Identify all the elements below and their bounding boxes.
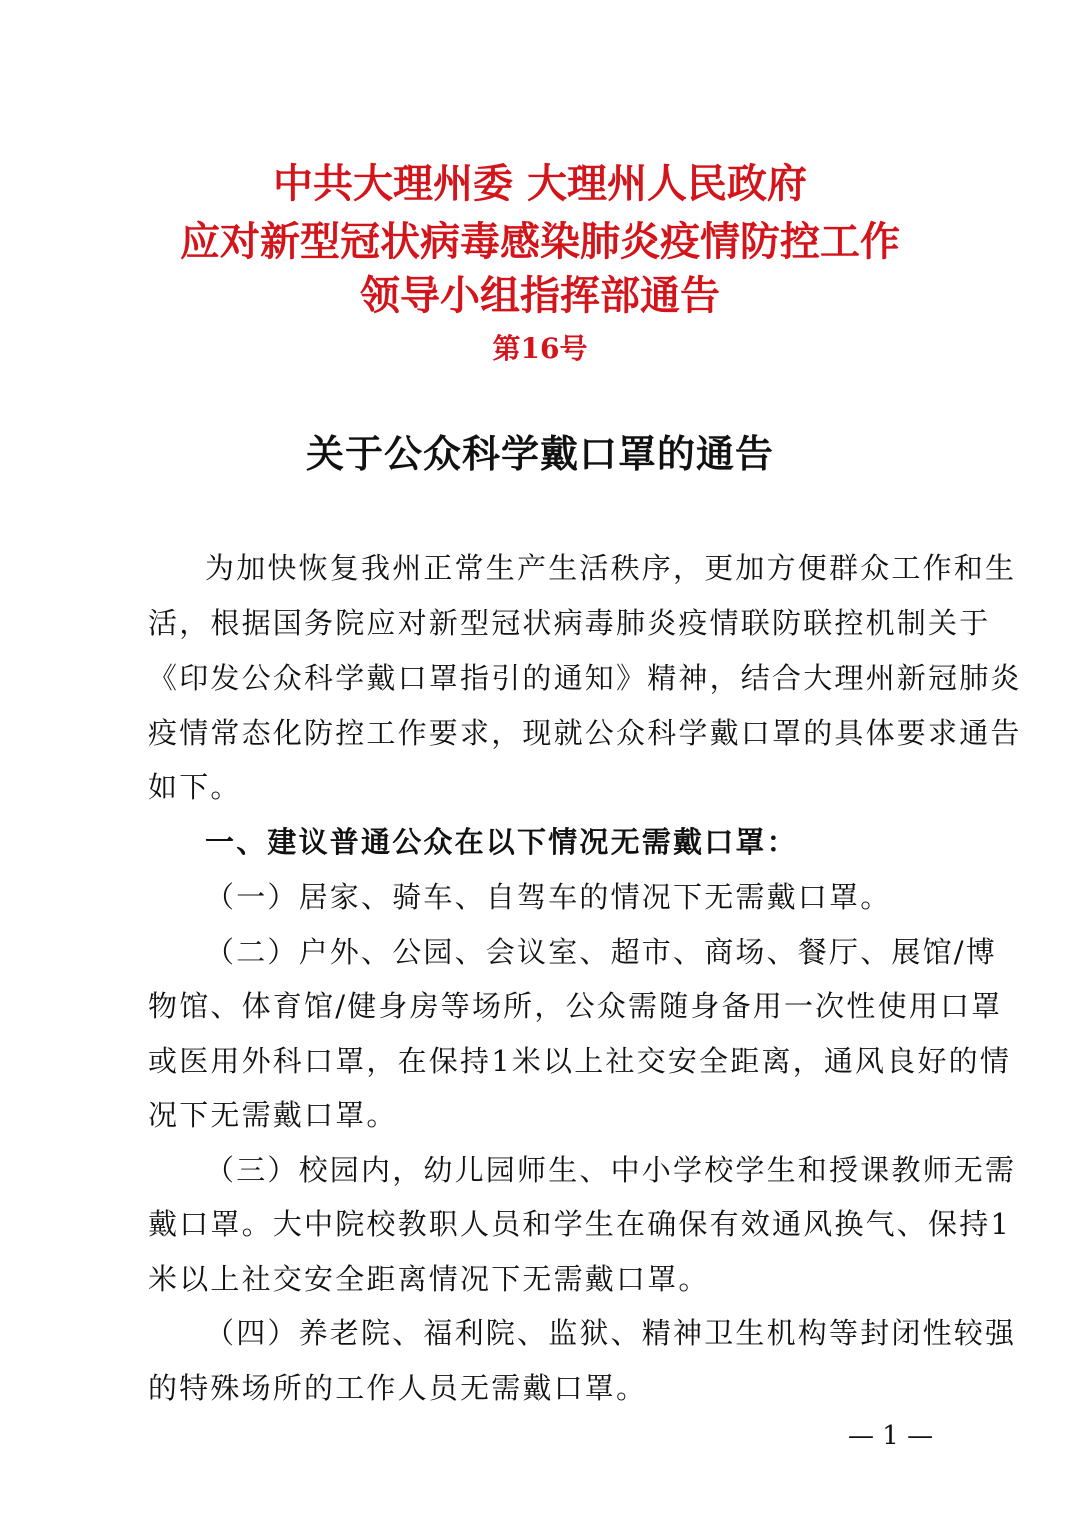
intro-line: 如下。	[148, 767, 948, 807]
document-page: 中共大理州委 大理州人民政府 应对新型冠状病毒感染肺炎疫情防控工作 领导小组指挥…	[0, 0, 1080, 1528]
issuer-line-1: 中共大理州委 大理州人民政府	[0, 160, 1080, 208]
item-2-line: 物馆、体育馆/健身房等场所，公众需随身备用一次性使用口罩	[148, 986, 948, 1026]
item-3-line: 米以上社交安全距离情况下无需戴口罩。	[148, 1259, 948, 1299]
item-1-line: （一）居家、骑车、自驾车的情况下无需戴口罩。	[205, 877, 950, 917]
item-2-line: 或医用外科口罩，在保持1米以上社交安全距离，通风良好的情	[148, 1041, 948, 1081]
section-heading: 一、建议普通公众在以下情况无需戴口罩：	[205, 822, 950, 862]
item-2-line: 况下无需戴口罩。	[148, 1095, 948, 1135]
item-4-line: 的特殊场所的工作人员无需戴口罩。	[148, 1368, 948, 1408]
item-2-line: （二）户外、公园、会议室、超市、商场、餐厅、展馆/博	[205, 932, 950, 972]
item-3-line: 戴口罩。大中院校教职人员和学生在确保有效通风换气、保持1	[148, 1204, 948, 1244]
intro-line: 为加快恢复我州正常生产生活秩序，更加方便群众工作和生	[205, 548, 950, 588]
item-3-line: （三）校园内，幼儿园师生、中小学校学生和授课教师无需	[205, 1150, 950, 1190]
issuer-line-3: 领导小组指挥部通告	[0, 272, 1080, 320]
page-number: — 1 —	[848, 1420, 933, 1452]
issuer-line-2: 应对新型冠状病毒感染肺炎疫情防控工作	[0, 218, 1080, 266]
intro-line: 活，根据国务院应对新型冠状病毒肺炎疫情联防联控机制关于	[148, 603, 948, 643]
item-4-line: （四）养老院、福利院、监狱、精神卫生机构等封闭性较强	[205, 1313, 950, 1353]
document-number: 第16号	[0, 331, 1080, 367]
intro-line: 《印发公众科学戴口罩指引的通知》精神，结合大理州新冠肺炎	[148, 658, 948, 698]
intro-line: 疫情常态化防控工作要求，现就公众科学戴口罩的具体要求通告	[148, 713, 948, 753]
document-title: 关于公众科学戴口罩的通告	[0, 430, 1080, 478]
